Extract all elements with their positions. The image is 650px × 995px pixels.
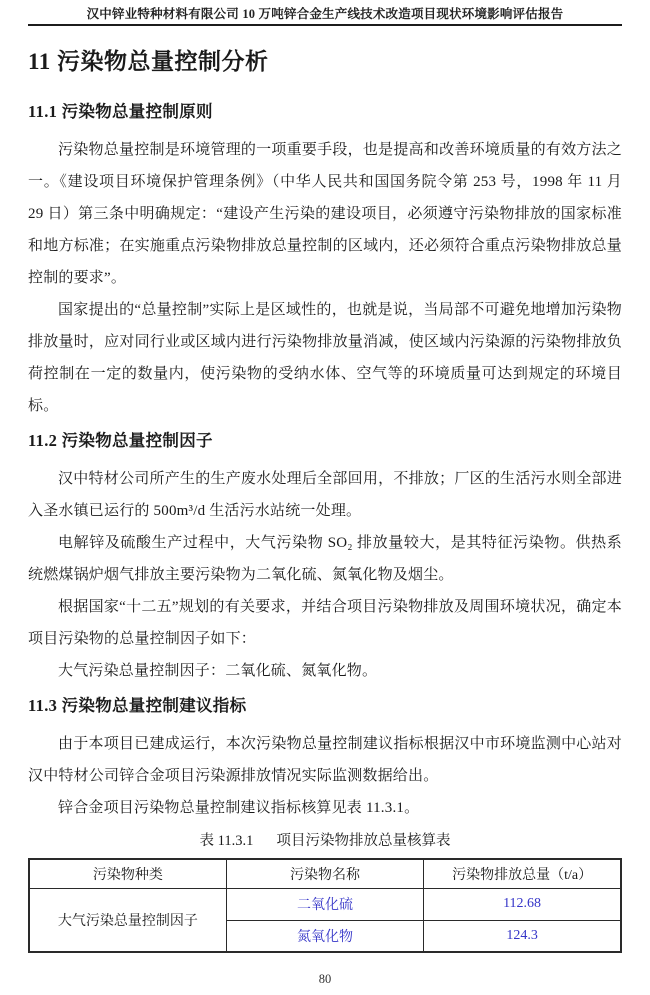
page-number: 80: [0, 972, 650, 987]
col-header-pollutant-name: 污染物名称: [226, 859, 423, 888]
paragraph-11-1-2: 国家提出的“总量控制”实际上是区域性的，也就是说，当局部不可避免地增加污染物排放…: [28, 294, 622, 422]
table-caption-number: 表 11.3.1: [199, 833, 253, 849]
section-heading-11-3: 11.3 污染物总量控制建议指标: [28, 695, 622, 717]
cell-group-label: 大气污染总量控制因子: [29, 888, 226, 952]
paragraph-11-2-3: 根据国家“十二五”规划的有关要求，并结合项目污染物排放及周围环境状况，确定本项目…: [28, 591, 622, 655]
cell-value-so2: 112.68: [424, 888, 621, 920]
table-header-row: 污染物种类 污染物名称 污染物排放总量（t/a）: [29, 859, 621, 888]
paragraph-11-2-1: 汉中特材公司所产生的生产废水处理后全部回用，不排放；厂区的生活污水则全部进入圣水…: [28, 463, 622, 527]
cell-pollutant-name-so2: 二氧化硫: [226, 888, 423, 920]
col-header-pollutant-category: 污染物种类: [29, 859, 226, 888]
paragraph-11-3-2: 锌合金项目污染物总量控制建议指标核算见表 11.3.1。: [28, 792, 622, 824]
table-caption-title: 项目污染物排放总量核算表: [277, 833, 451, 849]
document-page: 汉中锌业特种材料有限公司 10 万吨锌合金生产线技术改造项目现状环境影响评估报告…: [0, 0, 650, 995]
section-heading-11-1: 11.1 污染物总量控制原则: [28, 101, 622, 123]
paragraph-11-2-2: 电解锌及硫酸生产过程中，大气污染物 SO₂ 排放量较大，是其特征污染物。供热系统…: [28, 527, 622, 591]
cell-pollutant-name-nox: 氮氧化物: [226, 920, 423, 952]
col-header-total-emission: 污染物排放总量（t/a）: [424, 859, 621, 888]
paragraph-11-3-1: 由于本项目已建成运行，本次污染物总量控制建议指标根据汉中市环境监测中心站对汉中特…: [28, 728, 622, 792]
cell-value-nox: 124.3: [424, 920, 621, 952]
emission-total-table: 污染物种类 污染物名称 污染物排放总量（t/a） 大气污染总量控制因子 二氧化硫…: [28, 858, 622, 953]
table-row: 大气污染总量控制因子 二氧化硫 112.68: [29, 888, 621, 920]
paragraph-11-1-1: 污染物总量控制是环境管理的一项重要手段，也是提高和改善环境质量的有效方法之一。《…: [28, 134, 622, 294]
table-caption: 表 11.3.1项目污染物排放总量核算表: [28, 830, 622, 852]
paragraph-11-2-4: 大气污染总量控制因子：二氧化硫、氮氧化物。: [28, 655, 622, 687]
page-content: 汉中锌业特种材料有限公司 10 万吨锌合金生产线技术改造项目现状环境影响评估报告…: [0, 0, 650, 953]
chapter-title: 11 污染物总量控制分析: [28, 47, 622, 76]
section-heading-11-2: 11.2 污染物总量控制因子: [28, 430, 622, 452]
running-head: 汉中锌业特种材料有限公司 10 万吨锌合金生产线技术改造项目现状环境影响评估报告: [28, 0, 622, 26]
